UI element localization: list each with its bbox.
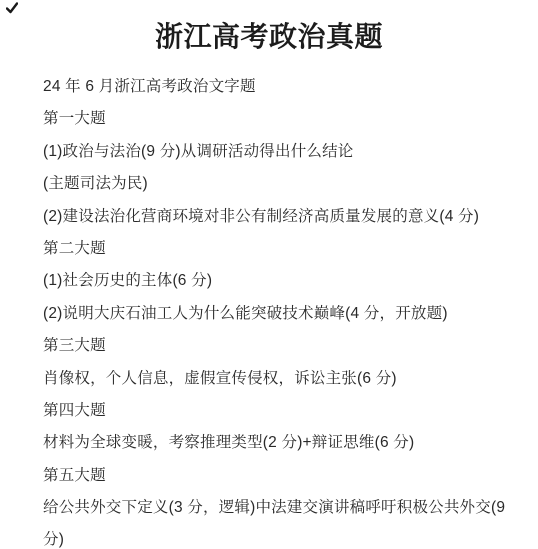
- text-line-section-5: 第五大题: [43, 460, 522, 492]
- text-line-subtitle: 24 年 6 月浙江高考政治文字题: [43, 71, 522, 103]
- text-line-q1-1: (1)政治与法治(9 分)从调研活动得出什么结论: [43, 136, 522, 168]
- text-line-section-3: 第三大题: [43, 330, 522, 362]
- text-line-q2-2: (2)说明大庆石油工人为什么能突破技术巅峰(4 分，开放题): [43, 298, 522, 330]
- text-line-q1-2: (2)建设法治化营商环境对非公有制经济高质量发展的意义(4 分): [43, 201, 522, 233]
- question-list: 24 年 6 月浙江高考政治文字题 第一大题 (1)政治与法治(9 分)从调研活…: [43, 71, 522, 549]
- text-line-q5-wrap: 分): [43, 524, 522, 549]
- document-page: 浙江高考政治真题 24 年 6 月浙江高考政治文字题 第一大题 (1)政治与法治…: [0, 0, 538, 549]
- text-line-q5-1: 给公共外交下定义(3 分，逻辑)中法建交演讲稿呼吁积极公共外交(9: [43, 492, 522, 524]
- checkmark-pen-icon: [6, 2, 18, 14]
- text-line-q1-note: (主题司法为民): [43, 168, 522, 200]
- text-line-q4-1: 材料为全球变暖，考察推理类型(2 分)+辩证思维(6 分): [43, 427, 522, 459]
- text-line-section-1: 第一大题: [43, 103, 522, 135]
- text-line-section-2: 第二大题: [43, 233, 522, 265]
- text-line-q3-1: 肖像权，个人信息，虚假宣传侵权，诉讼主张(6 分): [43, 363, 522, 395]
- text-line-q2-1: (1)社会历史的主体(6 分): [43, 265, 522, 297]
- page-title: 浙江高考政治真题: [0, 22, 538, 54]
- text-line-section-4: 第四大题: [43, 395, 522, 427]
